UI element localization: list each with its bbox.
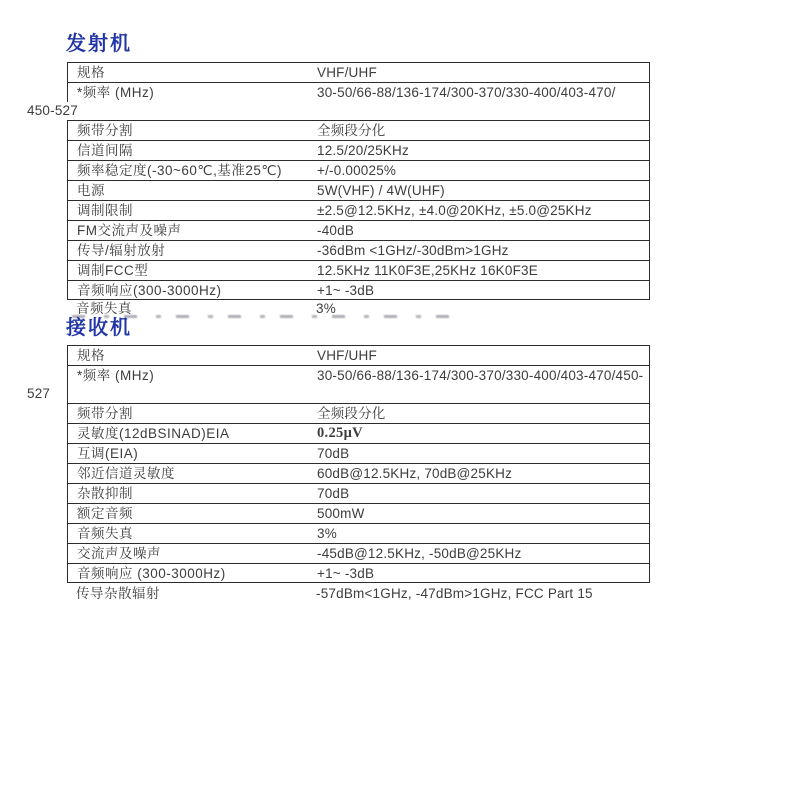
spec-label: 调制FCC型	[77, 261, 148, 280]
table-row: 灵敏度(12dBSINAD)EIA 0.25μV	[68, 424, 649, 444]
spec-label: *频率 (MHz)	[77, 83, 154, 102]
spec-value-overflow: 450-527	[27, 102, 81, 120]
table-row: 频带分割 全频段分化	[68, 121, 649, 141]
spec-value: 3%	[317, 524, 337, 543]
spec-value: +1~ -3dB	[317, 281, 374, 300]
spec-value: -36dBm <1GHz/-30dBm>1GHz	[317, 241, 509, 260]
table-row: 传导/辐射放射 -36dBm <1GHz/-30dBm>1GHz	[68, 241, 649, 261]
spec-label: 频率稳定度(-30~60℃,基准25℃)	[77, 161, 282, 180]
spec-value: +/-0.00025%	[317, 161, 396, 180]
spec-value: 70dB	[317, 484, 349, 503]
table-row: 信道间隔 12.5/20/25KHz	[68, 141, 649, 161]
table-row-frequency: *频率 (MHz) 30-50/66-88/136-174/300-370/33…	[68, 366, 649, 404]
spec-label: 音频失真	[77, 524, 133, 543]
spec-value: +1~ -3dB	[317, 564, 374, 583]
spec-value: 0.25μV	[317, 424, 363, 443]
table-row: 规格 VHF/UHF	[68, 63, 649, 83]
table-row: 调制FCC型 12.5KHz 11K0F3E,25KHz 16K0F3E	[68, 261, 649, 281]
spec-value: VHF/UHF	[317, 346, 377, 365]
spec-value: ±2.5@12.5KHz, ±4.0@20KHz, ±5.0@25KHz	[317, 201, 592, 220]
spec-label: 规格	[77, 63, 105, 82]
table-row: 规格 VHF/UHF	[68, 346, 649, 366]
spec-label: 传导杂散辐射	[76, 585, 160, 602]
spec-value: VHF/UHF	[317, 63, 377, 82]
spec-label: 杂散抑制	[77, 484, 133, 503]
table-row: 互调(EIA) 70dB	[68, 444, 649, 464]
spec-value: 70dB	[317, 444, 349, 463]
table-row-frequency: *频率 (MHz) 30-50/66-88/136-174/300-370/33…	[68, 83, 649, 121]
transmitter-spec-table: 规格 VHF/UHF *频率 (MHz) 30-50/66-88/136-174…	[67, 62, 650, 300]
spec-value: 12.5/20/25KHz	[317, 141, 409, 160]
spec-value: 全频段分化	[317, 404, 386, 423]
spec-value: -40dB	[317, 221, 354, 240]
spec-label: 互调(EIA)	[77, 444, 138, 463]
table-row: 杂散抑制 70dB	[68, 484, 649, 504]
table-row: 音频响应 (300-3000Hz) +1~ -3dB	[68, 564, 649, 582]
receiver-section-heading: 接收机	[66, 316, 132, 340]
spec-value-overflow: 527	[27, 385, 53, 403]
spec-label: 灵敏度(12dBSINAD)EIA	[77, 424, 230, 443]
spec-value: 12.5KHz 11K0F3E,25KHz 16K0F3E	[317, 261, 538, 280]
table-row: 频带分割 全频段分化	[68, 404, 649, 424]
spec-label: 规格	[77, 346, 105, 365]
spec-label: 电源	[77, 181, 105, 200]
spec-value: 500mW	[317, 504, 365, 523]
transmitter-section-heading: 发射机	[66, 32, 132, 56]
table-row: 频率稳定度(-30~60℃,基准25℃) +/-0.00025%	[68, 161, 649, 181]
spec-label: 传导/辐射放射	[77, 241, 165, 260]
spec-value: 5W(VHF) / 4W(UHF)	[317, 181, 445, 200]
spec-value: 60dB@12.5KHz, 70dB@25KHz	[317, 464, 512, 483]
receiver-spec-table: 规格 VHF/UHF *频率 (MHz) 30-50/66-88/136-174…	[67, 345, 650, 583]
spec-value: -45dB@12.5KHz, -50dB@25KHz	[317, 544, 521, 563]
table-row: FM交流声及噪声 -40dB	[68, 221, 649, 241]
spec-value: 30-50/66-88/136-174/300-370/330-400/403-…	[317, 83, 616, 102]
table-row: 额定音频 500mW	[68, 504, 649, 524]
spec-label: 调制限制	[77, 201, 133, 220]
table-row: 调制限制 ±2.5@12.5KHz, ±4.0@20KHz, ±5.0@25KH…	[68, 201, 649, 221]
spec-label: FM交流声及噪声	[77, 221, 182, 240]
table-row: 音频失真 3%	[68, 524, 649, 544]
table-row: 音频响应(300-3000Hz) +1~ -3dB	[68, 281, 649, 299]
spec-label: 交流声及噪声	[77, 544, 161, 563]
spec-label: 音频响应(300-3000Hz)	[77, 281, 222, 300]
spec-label: 信道间隔	[77, 141, 133, 160]
spec-sheet-document: 发射机 规格 VHF/UHF *频率 (MHz) 30-50/66-88/136…	[0, 0, 800, 802]
spec-value: -57dBm<1GHz, -47dBm>1GHz, FCC Part 15	[316, 585, 593, 602]
table-row: 邻近信道灵敏度 60dB@12.5KHz, 70dB@25KHz	[68, 464, 649, 484]
spec-value: 全频段分化	[317, 121, 386, 140]
spec-value: 30-50/66-88/136-174/300-370/330-400/403-…	[317, 366, 643, 385]
table-row: 电源 5W(VHF) / 4W(UHF)	[68, 181, 649, 201]
spec-label: 音频响应 (300-3000Hz)	[77, 564, 226, 583]
spec-label: 频带分割	[77, 121, 133, 140]
spec-label: 邻近信道灵敏度	[77, 464, 175, 483]
table-row: 交流声及噪声 -45dB@12.5KHz, -50dB@25KHz	[68, 544, 649, 564]
table-row-outside-border: 传导杂散辐射 -57dBm<1GHz, -47dBm>1GHz, FCC Par…	[67, 585, 687, 602]
spec-label: *频率 (MHz)	[77, 366, 154, 385]
spec-label: 频带分割	[77, 404, 133, 423]
spec-label: 额定音频	[77, 504, 133, 523]
